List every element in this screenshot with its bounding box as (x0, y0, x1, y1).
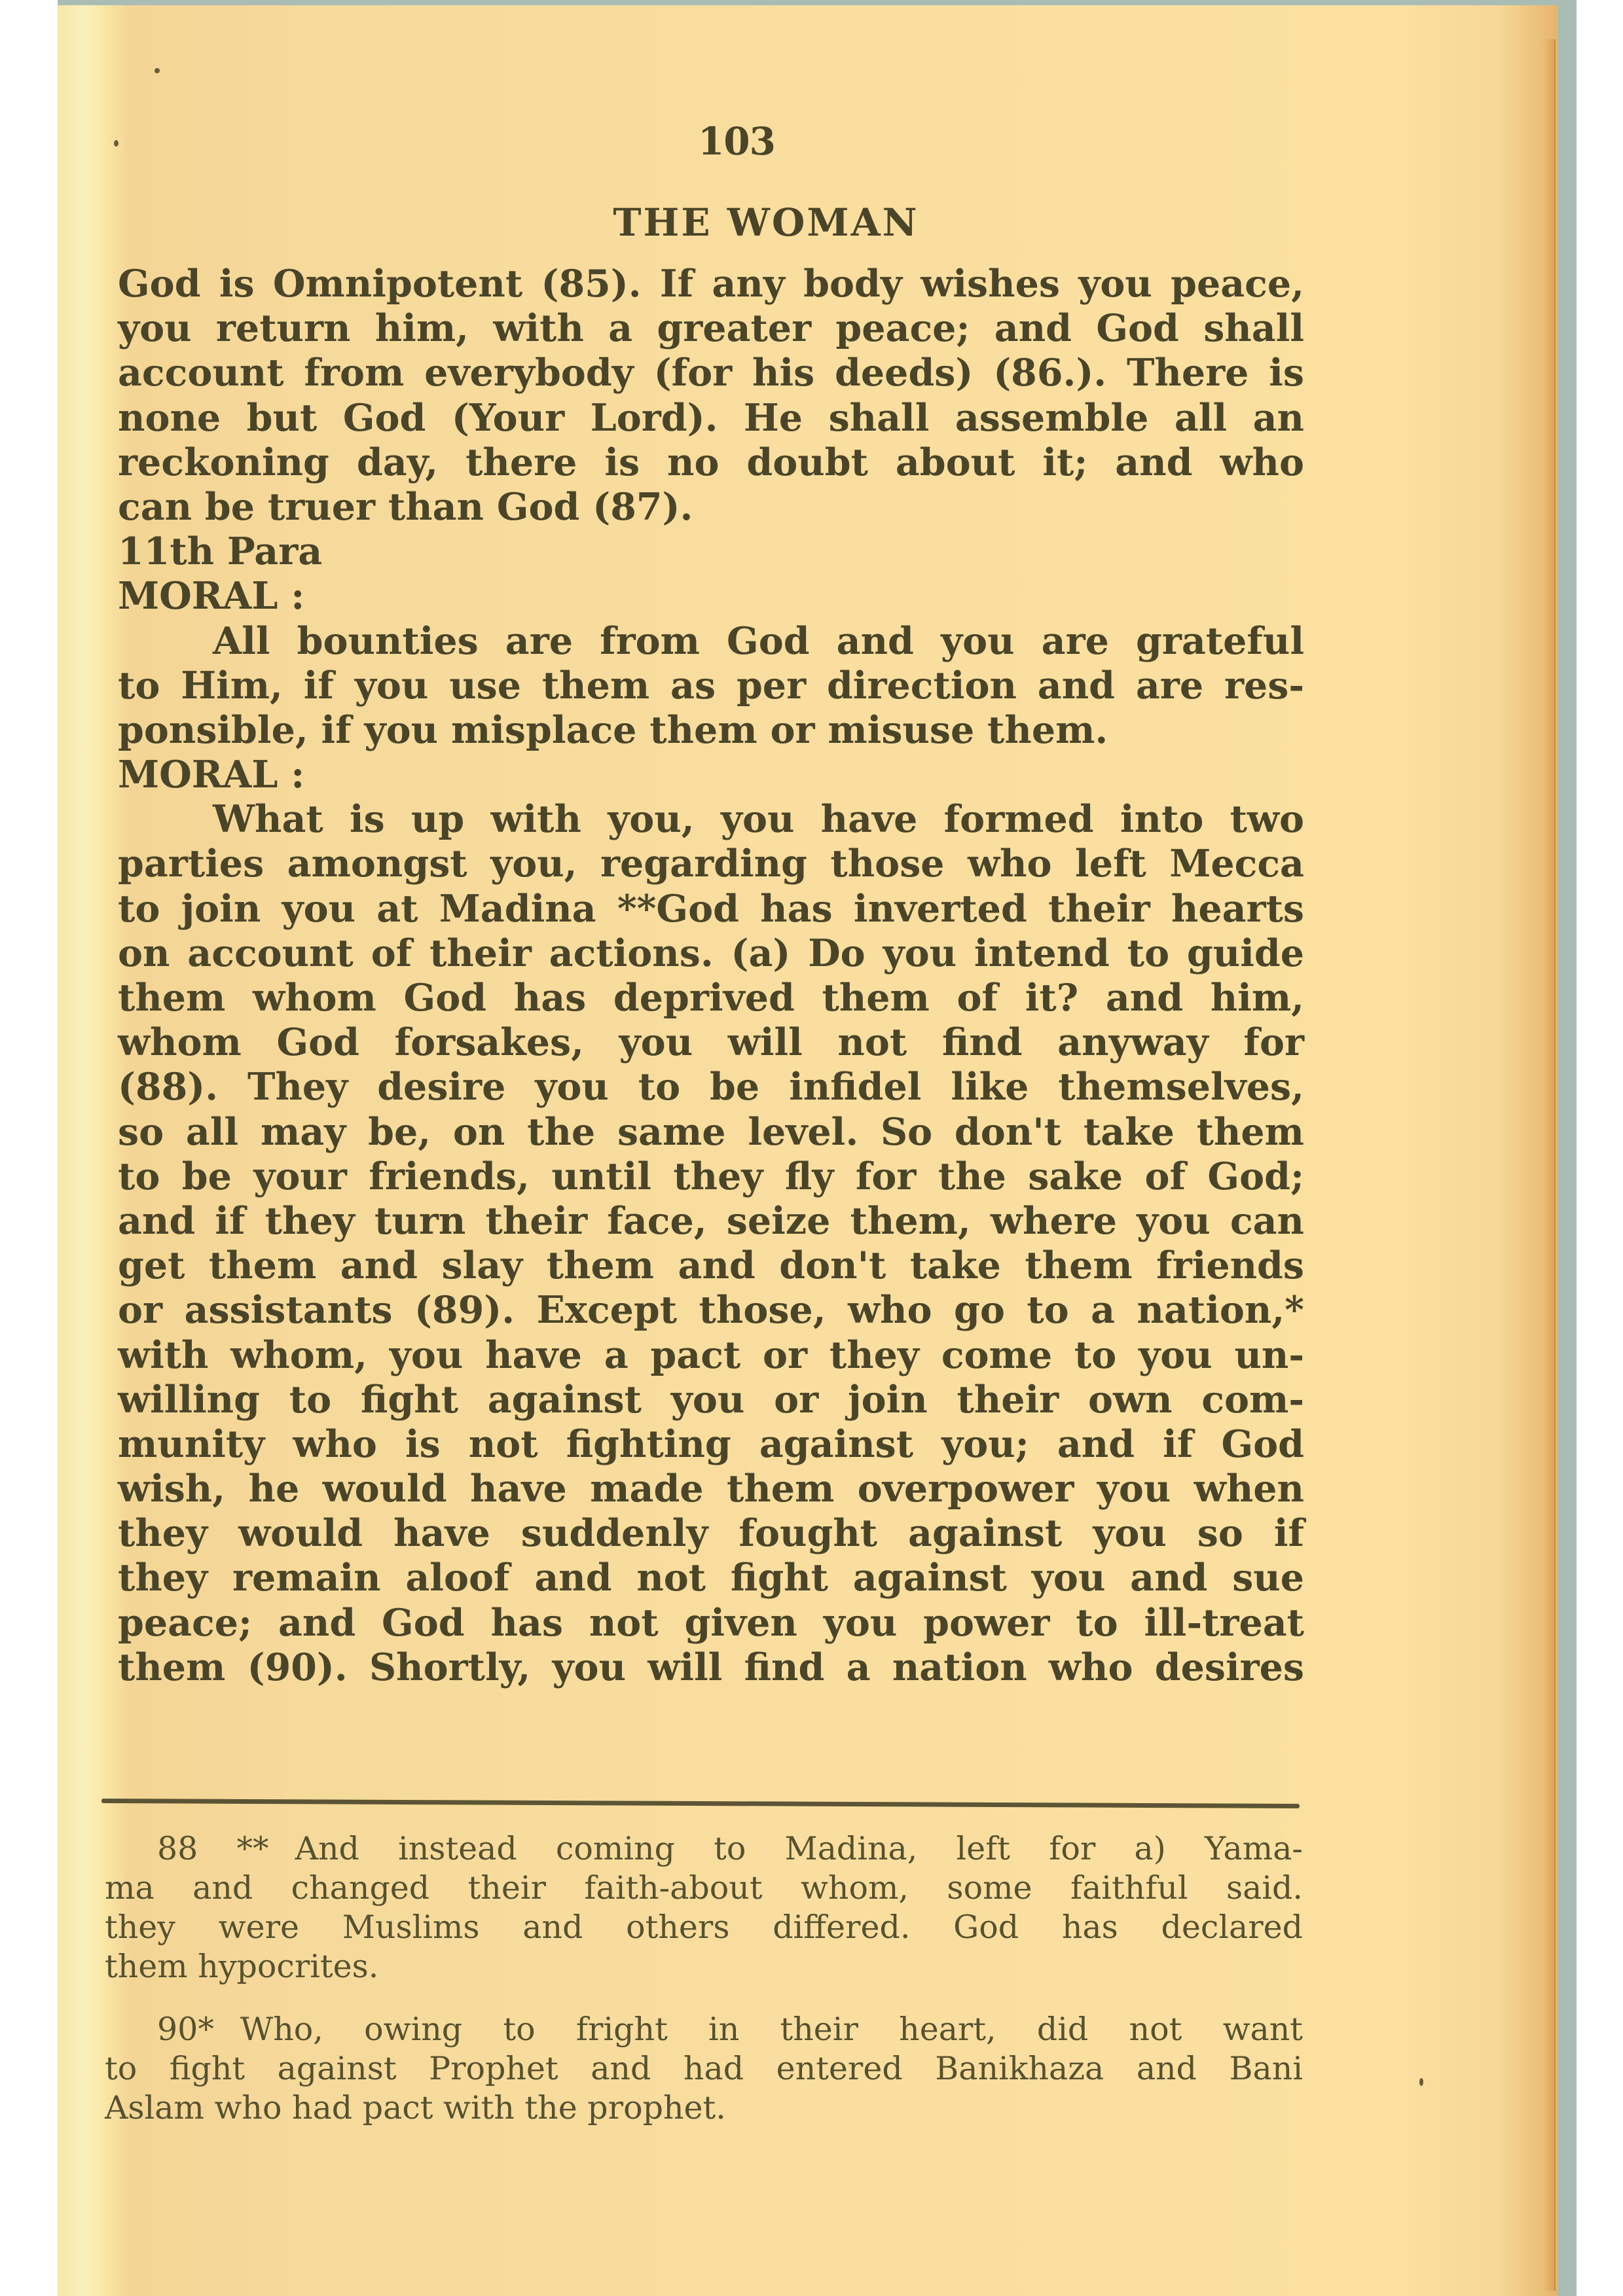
moral-heading: MORAL : (118, 753, 1304, 797)
footnote-line: they were Muslims and others differed. G… (105, 1908, 1303, 1947)
moral-line: they remain aloof and not fight against … (118, 1556, 1304, 1600)
body-line: you return him, with a greater peace; an… (118, 306, 1304, 351)
footnote-text: Who, owing to fright in their heart, did… (240, 2011, 1303, 2048)
moral-line: them (90). Shortly, you will find a nati… (118, 1645, 1304, 1690)
moral-line: (88). They desire you to be infidel like… (118, 1065, 1304, 1109)
moral-line: munity who is not fighting against you; … (118, 1422, 1304, 1467)
body-line: reckoning day, there is no doubt about i… (118, 440, 1304, 485)
moral-line: wish, he would have made them overpower … (118, 1467, 1304, 1511)
paper-speck (114, 140, 119, 147)
moral-line: All bounties are from God and you are gr… (118, 619, 1304, 664)
moral-line: whom God forsakes, you will not find any… (118, 1020, 1304, 1065)
footnote-line: Aslam who had pact with the prophet. (105, 2089, 1303, 2128)
body-line: can be truer than God (87). (118, 485, 1304, 529)
footnote-90: 90*Who, owing to fright in their heart, … (105, 2010, 1303, 2128)
body-line: God is Omnipotent (85). If any body wish… (118, 262, 1304, 306)
moral-line: What is up with you, you have formed int… (118, 797, 1304, 842)
footnote-88: 88 **And instead coming to Madina, left … (105, 1829, 1303, 1986)
footnote-marker: 90* (157, 2011, 214, 2048)
moral-line: peace; and God has not given you power t… (118, 1601, 1304, 1645)
footnote-line: 90*Who, owing to fright in their heart, … (105, 2010, 1303, 2049)
moral-line: them whom God has deprived them of it? a… (118, 976, 1304, 1020)
moral-line: or assistants (89). Except those, who go… (118, 1288, 1304, 1333)
moral-line: with whom, you have a pact or they come … (118, 1333, 1304, 1378)
moral-heading: MORAL : (118, 574, 1304, 619)
footnote-line: to fight against Prophet and had entered… (105, 2049, 1303, 2089)
footnote-line: them hypocrites. (105, 1947, 1303, 1986)
moral-line: get them and slay them and don't take th… (118, 1244, 1304, 1288)
moral-line: to join you at Madina **God has inverted… (118, 887, 1304, 931)
page-number: 103 (655, 119, 818, 164)
moral-line: they would have suddenly fought against … (118, 1511, 1304, 1556)
body-text: God is Omnipotent (85). If any body wish… (118, 262, 1304, 1690)
para-label: 11th Para (118, 529, 1304, 574)
paper-speck (155, 68, 160, 73)
moral-line: so all may be, on the same level. So don… (118, 1110, 1304, 1155)
footnote-text: And instead coming to Madina, left for a… (295, 1830, 1303, 1867)
footnote-line: ma and changed their faith-about whom, s… (105, 1869, 1303, 1908)
body-line: account from everybody (for his deeds) (… (118, 351, 1304, 395)
moral-line: to be your friends, until they fly for t… (118, 1155, 1304, 1199)
paper-speck (1419, 2078, 1423, 2086)
moral-line: parties amongst you, regarding those who… (118, 842, 1304, 886)
moral-line: and if they turn their face, seize them,… (118, 1199, 1304, 1244)
footnote-marker: 88 ** (157, 1830, 269, 1867)
moral-line: ponsible, if you misplace them or misuse… (118, 708, 1304, 753)
moral-line: to Him, if you use them as per direction… (118, 664, 1304, 708)
moral-line: willing to fight against you or join the… (118, 1378, 1304, 1422)
body-line: none but God (Your Lord). He shall assem… (118, 396, 1304, 440)
chapter-title: THE WOMAN (471, 200, 1061, 245)
footnotes: 88 **And instead coming to Madina, left … (105, 1829, 1303, 2151)
page-edge (1544, 39, 1556, 2291)
moral-line: on account of their actions. (a) Do you … (118, 931, 1304, 976)
footnote-line: 88 **And instead coming to Madina, left … (105, 1829, 1303, 1869)
